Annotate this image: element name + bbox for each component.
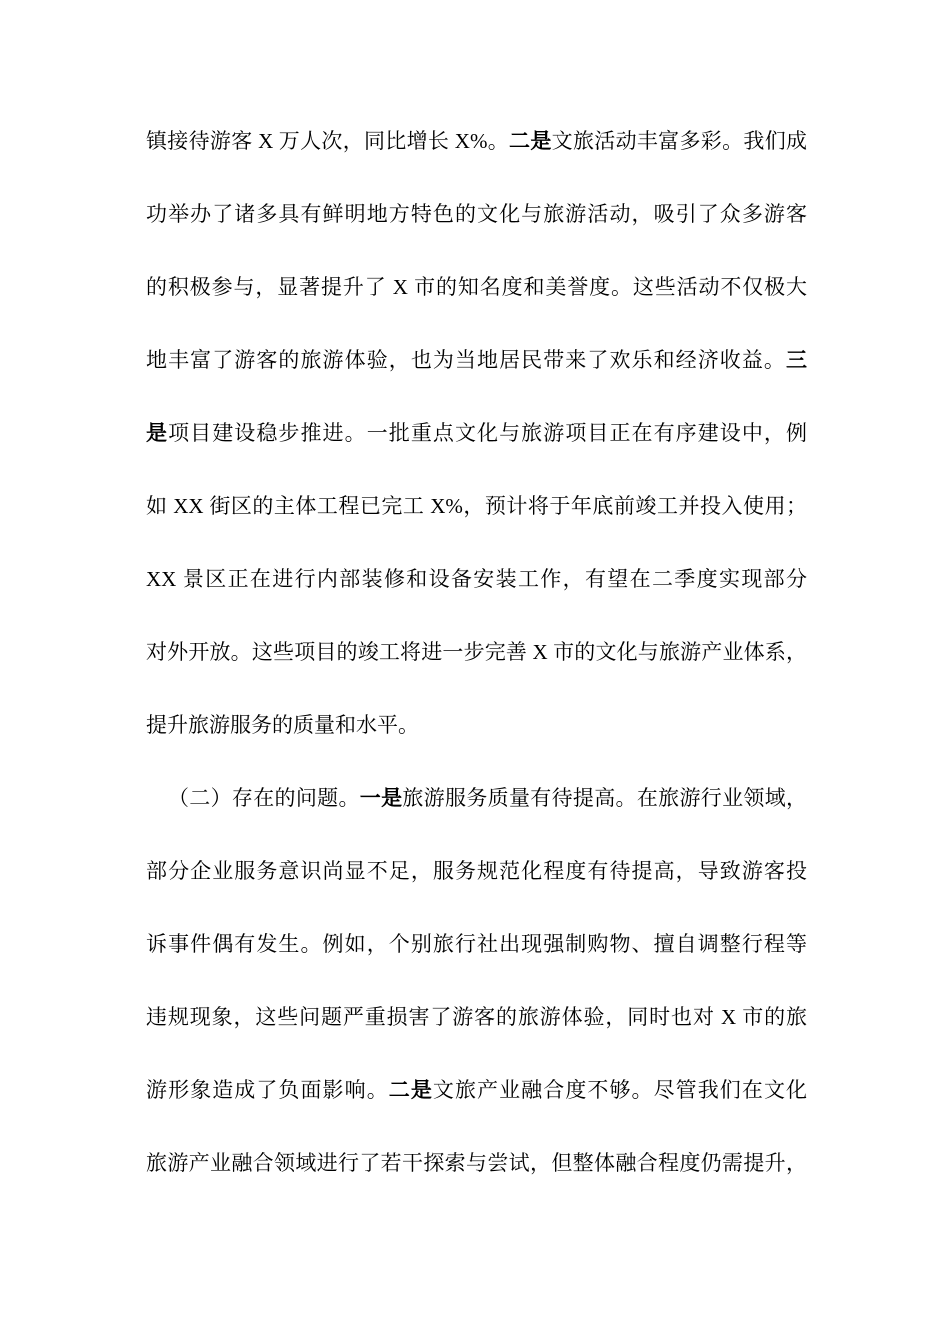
text-line: 诉事件偶有发生。例如，个别旅行社出现强制购物、擅自调整行程等 [146,908,807,981]
text-line: 地丰富了游客的旅游体验，也为当地居民带来了欢乐和经济收益。三 [146,324,807,397]
text-run: 的积极参与，显著提升了 X 市的知名度和美誉度。这些活动不仅极大 [146,275,807,299]
text-run: 镇接待游客 X 万人次，同比增长 X%。 [146,129,509,153]
text-run: （二）存在的问题。 [168,786,360,810]
text-run: 提升旅游服务的质量和水平。 [146,713,419,737]
page: { "page": { "background": "#ffffff", "te… [0,0,950,1344]
text-line: XX 景区正在进行内部装修和设备安装工作，有望在二季度实现部分 [146,543,807,616]
bold-text-run: 是 [146,421,168,445]
text-run: 地丰富了游客的旅游体验，也为当地居民带来了欢乐和经济收益。 [146,348,786,372]
text-line: 提升旅游服务的质量和水平。 [146,689,807,762]
text-run: 项目建设稳步推进。一批重点文化与旅游项目正在有序建设中，例 [168,421,807,445]
text-run: 旅游服务质量有待提高。在旅游行业领域， [402,786,807,810]
text-line: 功举办了诸多具有鲜明地方特色的文化与旅游活动，吸引了众多游客 [146,178,807,251]
text-line: 游形象造成了负面影响。二是文旅产业融合度不够。尽管我们在文化 [146,1054,807,1127]
text-run: 如 XX 街区的主体工程已完工 X%，预计将于年底前竣工并投入使用； [146,494,807,518]
text-line: 如 XX 街区的主体工程已完工 X%，预计将于年底前竣工并投入使用； [146,470,807,543]
text-run: 功举办了诸多具有鲜明地方特色的文化与旅游活动，吸引了众多游客 [146,202,807,226]
text-line: 对外开放。这些项目的竣工将进一步完善 X 市的文化与旅游产业体系， [146,616,807,689]
document-page: 镇接待游客 X 万人次，同比增长 X%。二是文旅活动丰富多彩。我们成功举办了诸多… [0,0,950,1344]
text-line: 部分企业服务意识尚显不足，服务规范化程度有待提高，导致游客投 [146,835,807,908]
text-run: 文旅产业融合度不够。尽管我们在文化 [433,1078,807,1102]
text-run: 违规现象，这些问题严重损害了游客的旅游体验，同时也对 X 市的旅 [146,1005,807,1029]
bold-text-run: 一是 [360,786,403,810]
text-line: 的积极参与，显著提升了 X 市的知名度和美誉度。这些活动不仅极大 [146,251,807,324]
document-body: 镇接待游客 X 万人次，同比增长 X%。二是文旅活动丰富多彩。我们成功举办了诸多… [146,105,807,1200]
text-line: 镇接待游客 X 万人次，同比增长 X%。二是文旅活动丰富多彩。我们成 [146,105,807,178]
text-run: XX 景区正在进行内部装修和设备安装工作，有望在二季度实现部分 [146,567,807,591]
bold-text-run: 二是 [389,1078,433,1102]
text-line: 旅游产业融合领域进行了若干探索与尝试，但整体融合程度仍需提升， [146,1127,807,1200]
bold-text-run: 三 [786,348,807,372]
text-run: 部分企业服务意识尚显不足，服务规范化程度有待提高，导致游客投 [146,859,807,883]
text-run: 文旅活动丰富多彩。我们成 [552,129,807,153]
text-run: 诉事件偶有发生。例如，个别旅行社出现强制购物、擅自调整行程等 [146,932,807,956]
text-run: 游形象造成了负面影响。 [146,1078,389,1102]
text-run: 对外开放。这些项目的竣工将进一步完善 X 市的文化与旅游产业体系， [146,640,807,664]
text-run: 旅游产业融合领域进行了若干探索与尝试，但整体融合程度仍需提升， [146,1151,807,1175]
text-line: 是项目建设稳步推进。一批重点文化与旅游项目正在有序建设中，例 [146,397,807,470]
bold-text-run: 二是 [509,129,552,153]
text-line: 违规现象，这些问题严重损害了游客的旅游体验，同时也对 X 市的旅 [146,981,807,1054]
text-line: （二）存在的问题。一是旅游服务质量有待提高。在旅游行业领域， [146,762,807,835]
